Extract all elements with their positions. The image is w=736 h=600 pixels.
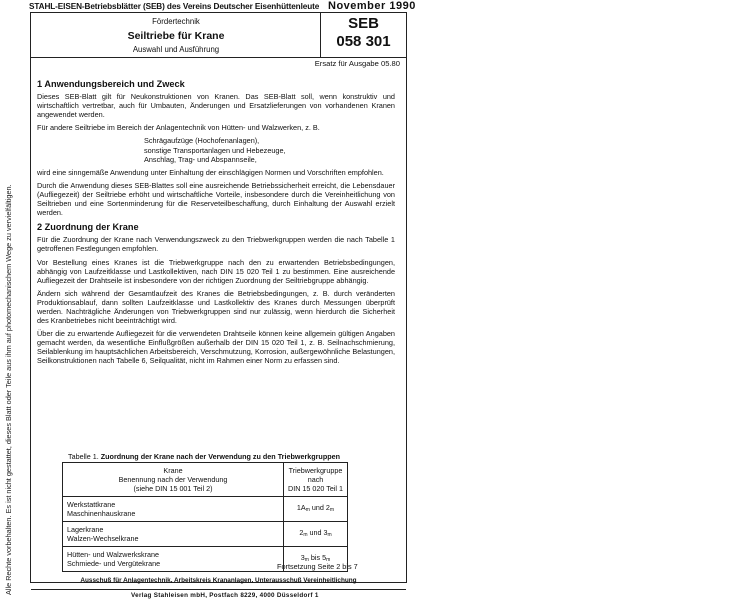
document-title: Seiltriebe für Krane (31, 30, 321, 42)
title-block: Fördertechnik Seiltriebe für Krane Auswa… (30, 12, 321, 58)
paragraph: Dieses SEB-Blatt gilt für Neukonstruktio… (37, 92, 395, 119)
examples-list: Schrägaufzüge (Hochofenanlagen), sonstig… (37, 136, 395, 163)
crane-classification-table: Krane Benennung nach der Verwendung (sie… (62, 462, 348, 572)
section-1-heading: 1 Anwendungsbereich und Zweck (37, 80, 395, 89)
list-item: Anschlag, Trag- und Abspannseile, (144, 155, 395, 164)
table-row: WerkstattkraneMaschinenhauskrane 1Am und… (63, 497, 348, 522)
paragraph: Über die zu erwartende Aufliegezeit für … (37, 329, 395, 365)
list-item: sonstige Transportanlagen und Hebezeuge, (144, 146, 395, 155)
paragraph: Für andere Seiltriebe im Bereich der Anl… (37, 123, 395, 132)
paragraph: Ändern sich während der Gesamtlaufzeit d… (37, 289, 395, 325)
committee-line: Ausschuß für Anlagentechnik, Arbeitskrei… (31, 577, 406, 584)
category: Fördertechnik (31, 17, 321, 26)
section-2-heading: 2 Zuordnung der Krane (37, 223, 395, 232)
paragraph: Für die Zuordnung der Krane nach Verwend… (37, 235, 395, 253)
document-number-block: SEB 058 301 (320, 12, 407, 58)
doc-number: 058 301 (321, 33, 406, 50)
copyright-note: Alle Rechte vorbehalten. Es ist nicht ge… (4, 75, 13, 595)
list-item: Schrägaufzüge (Hochofenanlagen), (144, 136, 395, 145)
table-caption: Tabelle 1. Zuordnung der Krane nach der … (68, 452, 340, 461)
table-row: Hütten- und WalzwerkskraneSchmiede- und … (63, 547, 348, 572)
column-header-triebwerkgruppe: Triebwerkgruppe nach DIN 15 020 Teil 1 (284, 463, 348, 497)
table-row: LagerkraneWalzen-Wechselkrane 2m und 3m (63, 522, 348, 547)
publisher-address: Verlag Stahleisen mbH, Postfach 8229, 40… (131, 592, 319, 599)
paragraph: Durch die Anwendung dieses SEB-Blattes s… (37, 181, 395, 217)
replacement-note: Ersatz für Ausgabe 05.80 (315, 59, 400, 68)
divider (31, 589, 406, 590)
table-header-row: Krane Benennung nach der Verwendung (sie… (63, 463, 348, 497)
main-content: 1 Anwendungsbereich und Zweck Dieses SEB… (37, 80, 395, 370)
paragraph: Vor Bestellung eines Kranes ist die Trie… (37, 258, 395, 285)
document-subtitle: Auswahl und Ausführung (31, 45, 321, 54)
column-header-krane: Krane Benennung nach der Verwendung (sie… (63, 463, 284, 497)
doc-prefix: SEB (321, 15, 406, 32)
publisher-line: STAHL-EISEN-Betriebsblätter (SEB) des Ve… (29, 2, 319, 11)
issue-date: November 1990 (328, 0, 416, 12)
paragraph: wird eine sinngemäße Anwendung unter Ein… (37, 168, 395, 177)
